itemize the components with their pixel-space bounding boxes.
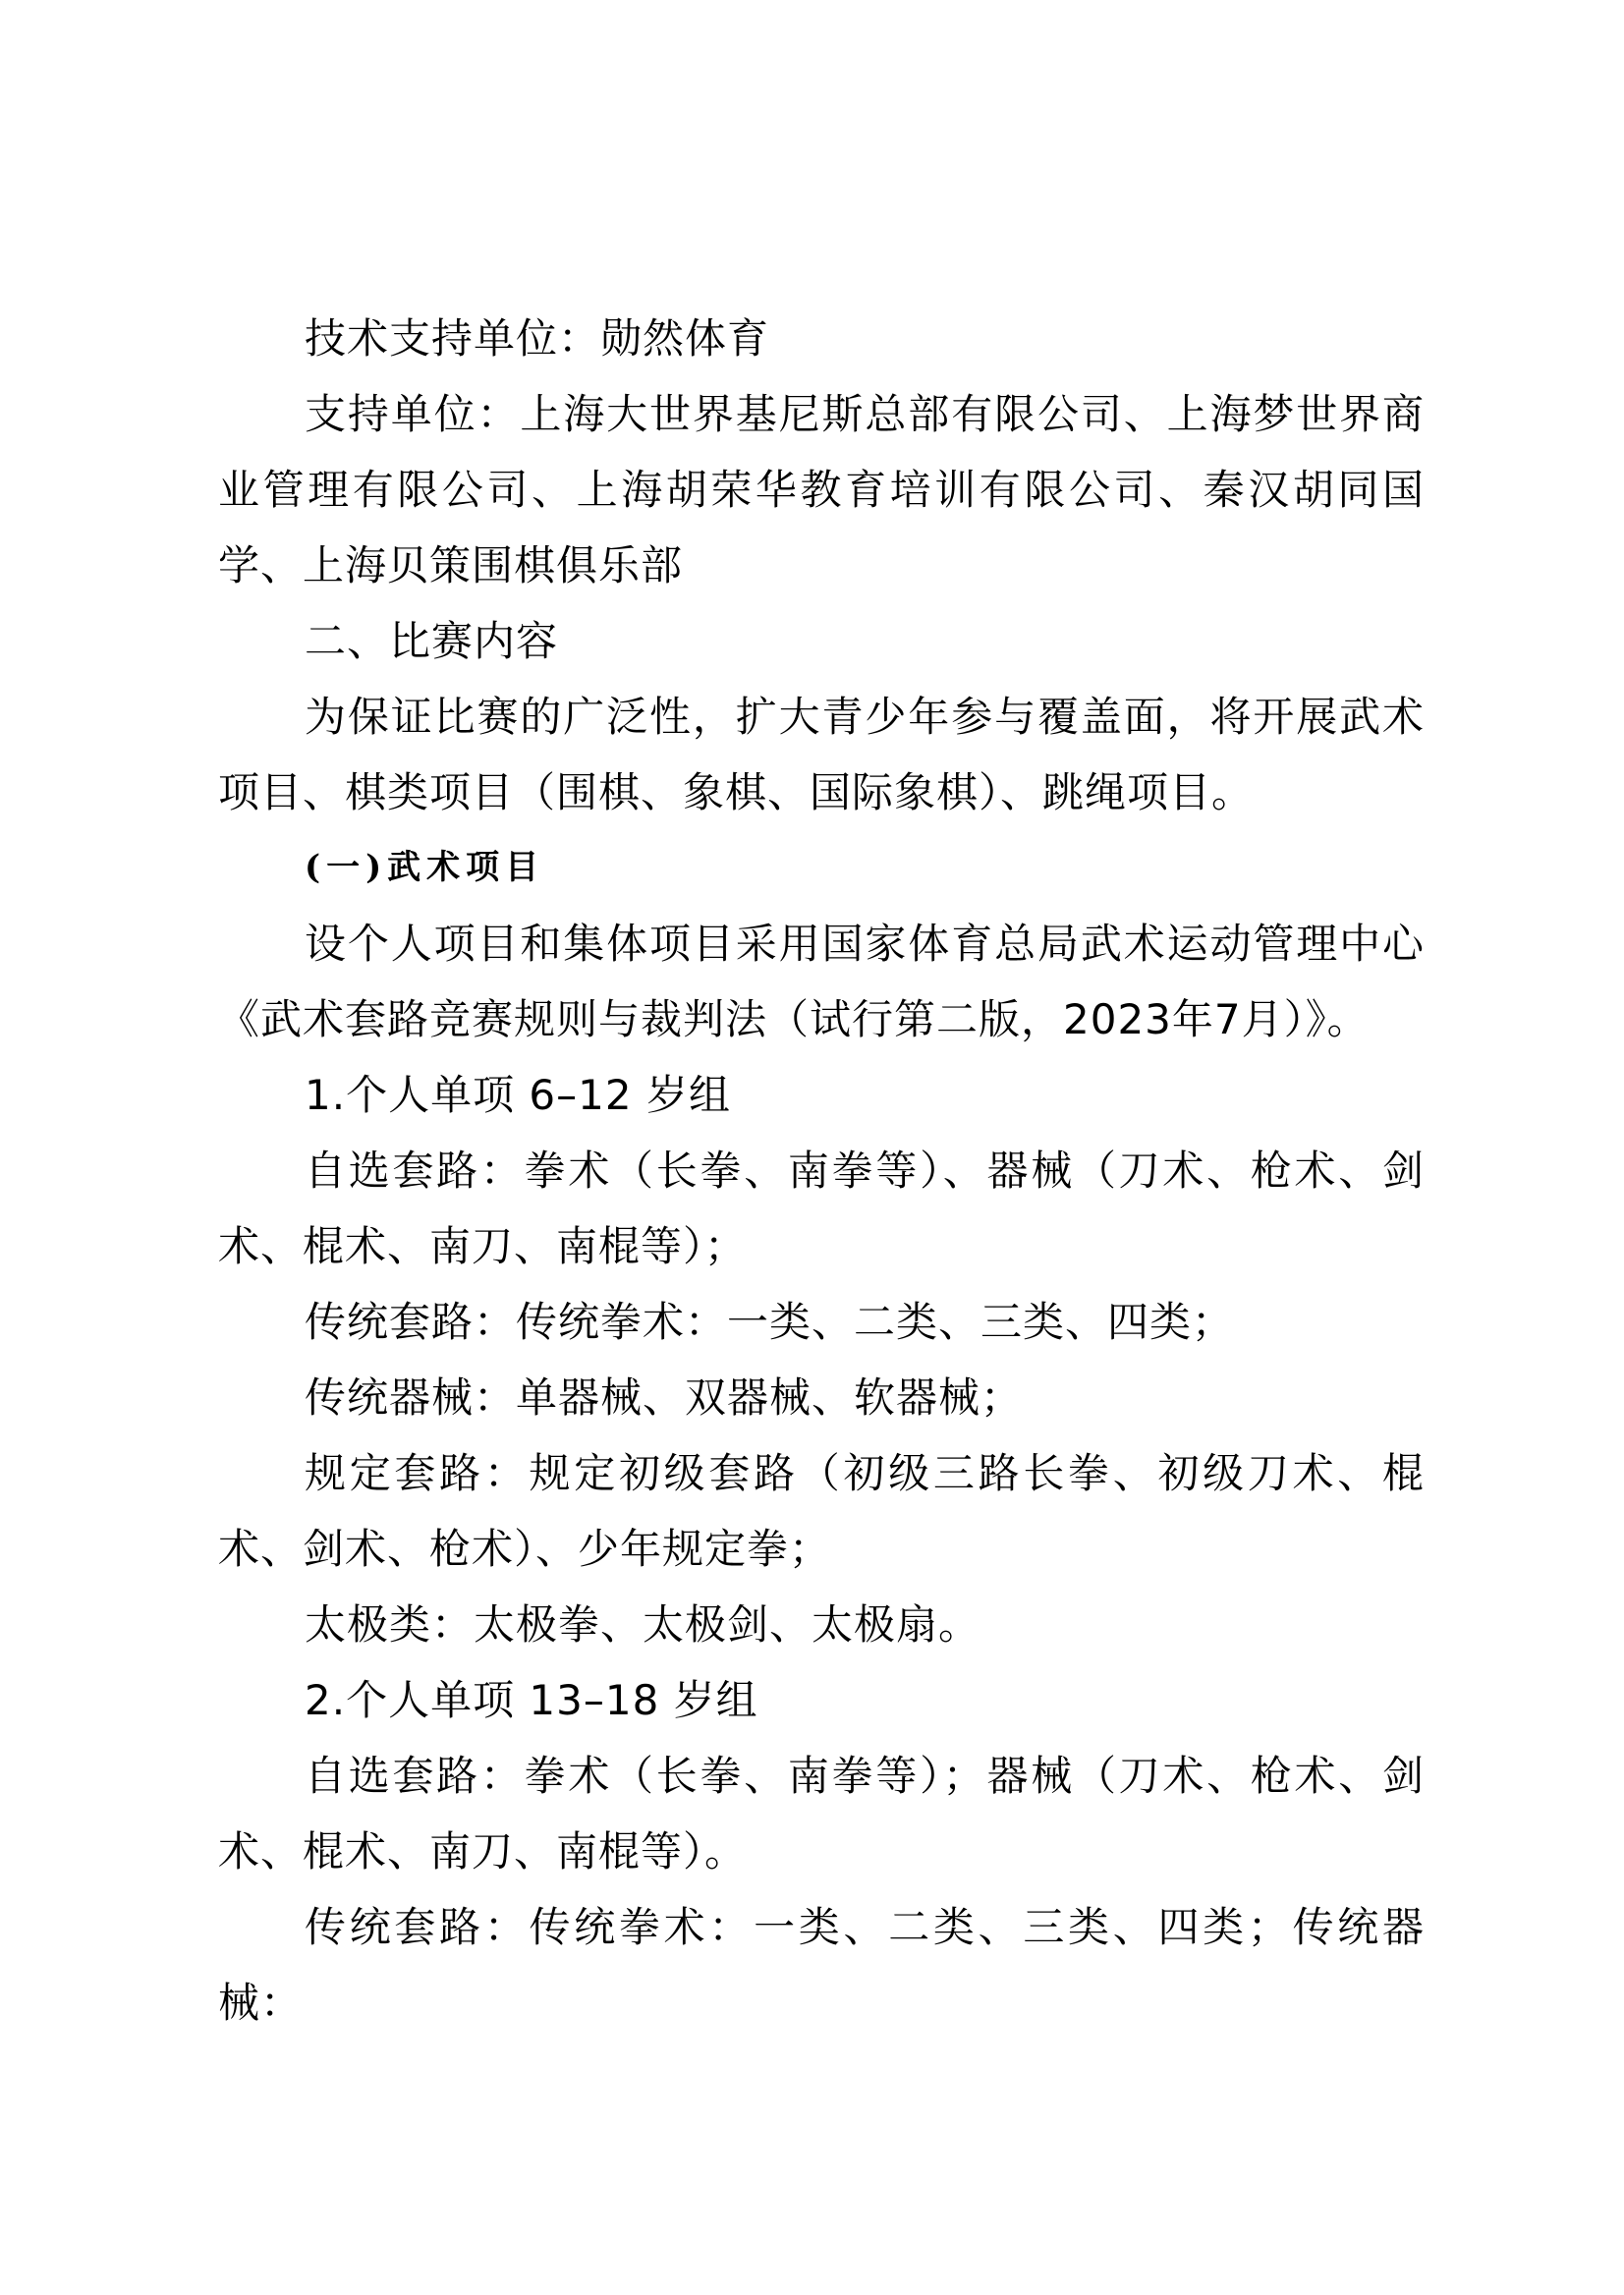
competition-scope-paragraph: 为保证比赛的广泛性，扩大青少年参与覆盖面，将开展武术项目、棋类项目（围棋、象棋、… (218, 679, 1425, 830)
section-heading-competition-content: 二、比赛内容 (218, 603, 1425, 679)
item-heading-age-6-12: 1.个人单项 6–12 岁组 (218, 1057, 1425, 1133)
item-heading-age-13-18: 2.个人单项 13–18 岁组 (218, 1662, 1425, 1738)
traditional-routines-13-18: 传统套路：传统拳术：一类、二类、三类、四类；传统器械： (218, 1889, 1425, 2041)
freestyle-routines-13-18: 自选套路：拳术（长拳、南拳等）；器械（刀术、枪术、剑术、棍术、南刀、南棍等）。 (218, 1738, 1425, 1889)
traditional-weapons-6-12: 传统器械：单器械、双器械、软器械； (218, 1360, 1425, 1435)
freestyle-routines-6-12: 自选套路：拳术（长拳、南拳等）、器械（刀术、枪术、剑术、棍术、南刀、南棍等）； (218, 1133, 1425, 1284)
supporting-units-paragraph: 支持单位：上海大世界基尼斯总部有限公司、上海梦世界商业管理有限公司、上海胡荣华教… (218, 376, 1425, 603)
wushu-rules-paragraph: 设个人项目和集体项目采用国家体育总局武术运动管理中心《武术套路竞赛规则与裁判法（… (218, 906, 1425, 1057)
compulsory-routines-6-12: 规定套路：规定初级套路（初级三路长拳、初级刀术、棍术、剑术、枪术）、少年规定拳； (218, 1435, 1425, 1587)
document-page: 技术支持单位：勋然体育 支持单位：上海大世界基尼斯总部有限公司、上海梦世界商业管… (218, 301, 1425, 2041)
taiji-6-12: 太极类：太极拳、太极剑、太极扇。 (218, 1587, 1425, 1662)
subsection-heading-wushu: (一)武术项目 (218, 830, 1425, 906)
tech-support-line: 技术支持单位：勋然体育 (218, 301, 1425, 376)
traditional-routines-6-12: 传统套路：传统拳术：一类、二类、三类、四类； (218, 1284, 1425, 1360)
